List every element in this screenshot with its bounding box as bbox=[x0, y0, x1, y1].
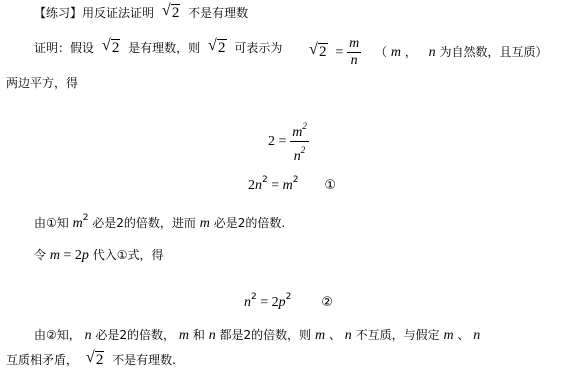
proof-line-6: 互质相矛盾， √2 不是有理数. bbox=[6, 352, 176, 368]
sqrt-2: √2 bbox=[86, 352, 105, 368]
text: 证明：假设 bbox=[34, 41, 94, 55]
text: 可表示为 bbox=[234, 41, 282, 55]
equation-label-2: ② bbox=[321, 295, 333, 310]
proof-line-1: 证明：假设 √2 是有理数，则 √2 可表示为 bbox=[34, 40, 282, 56]
equation-3: n2 = 2p2 ② bbox=[244, 289, 333, 311]
fraction-m2-n2: m2 n2 bbox=[290, 118, 309, 165]
sqrt-2: √2 bbox=[309, 44, 328, 60]
sqrt-2: √2 bbox=[102, 40, 121, 56]
title-text: 【练习】用反证法证明 bbox=[34, 6, 154, 20]
proof-line-1-eq: √2 = mn （ m ， n 为自然数，且互质） bbox=[305, 36, 548, 69]
var-m: m bbox=[391, 45, 401, 60]
proof-line-4: 令 m = 2p 代入①式，得 bbox=[34, 247, 163, 264]
title-suffix: 不是有理数 bbox=[188, 6, 248, 20]
text: ， bbox=[405, 45, 417, 59]
var-n: n bbox=[429, 45, 436, 60]
text: （ bbox=[375, 45, 387, 59]
equation-2: 2n2 = m2 ① bbox=[248, 172, 336, 194]
equals: = bbox=[335, 45, 343, 60]
proof-line-3: 由①知 m2 必是2的倍数，进而 m 必是2的倍数. bbox=[34, 210, 285, 232]
sqrt-2: √2 bbox=[208, 40, 227, 56]
text: 为自然数，且互质） bbox=[439, 45, 547, 59]
proof-line-2: 两边平方，得 bbox=[6, 75, 78, 91]
fraction-m-n: mn bbox=[347, 36, 361, 69]
proof-line-5: 由②知， n 必是2的倍数， m 和 n 都是2的倍数，则 m 、 n 不互质，… bbox=[34, 327, 480, 344]
text: 是有理数，则 bbox=[128, 41, 200, 55]
exercise-title: 【练习】用反证法证明 √2 不是有理数 bbox=[34, 5, 248, 21]
equation-label-1: ① bbox=[324, 178, 336, 193]
equation-1: 2 = m2 n2 bbox=[268, 118, 309, 165]
text: 2 = bbox=[268, 134, 286, 149]
sqrt-2: √2 bbox=[162, 5, 181, 21]
